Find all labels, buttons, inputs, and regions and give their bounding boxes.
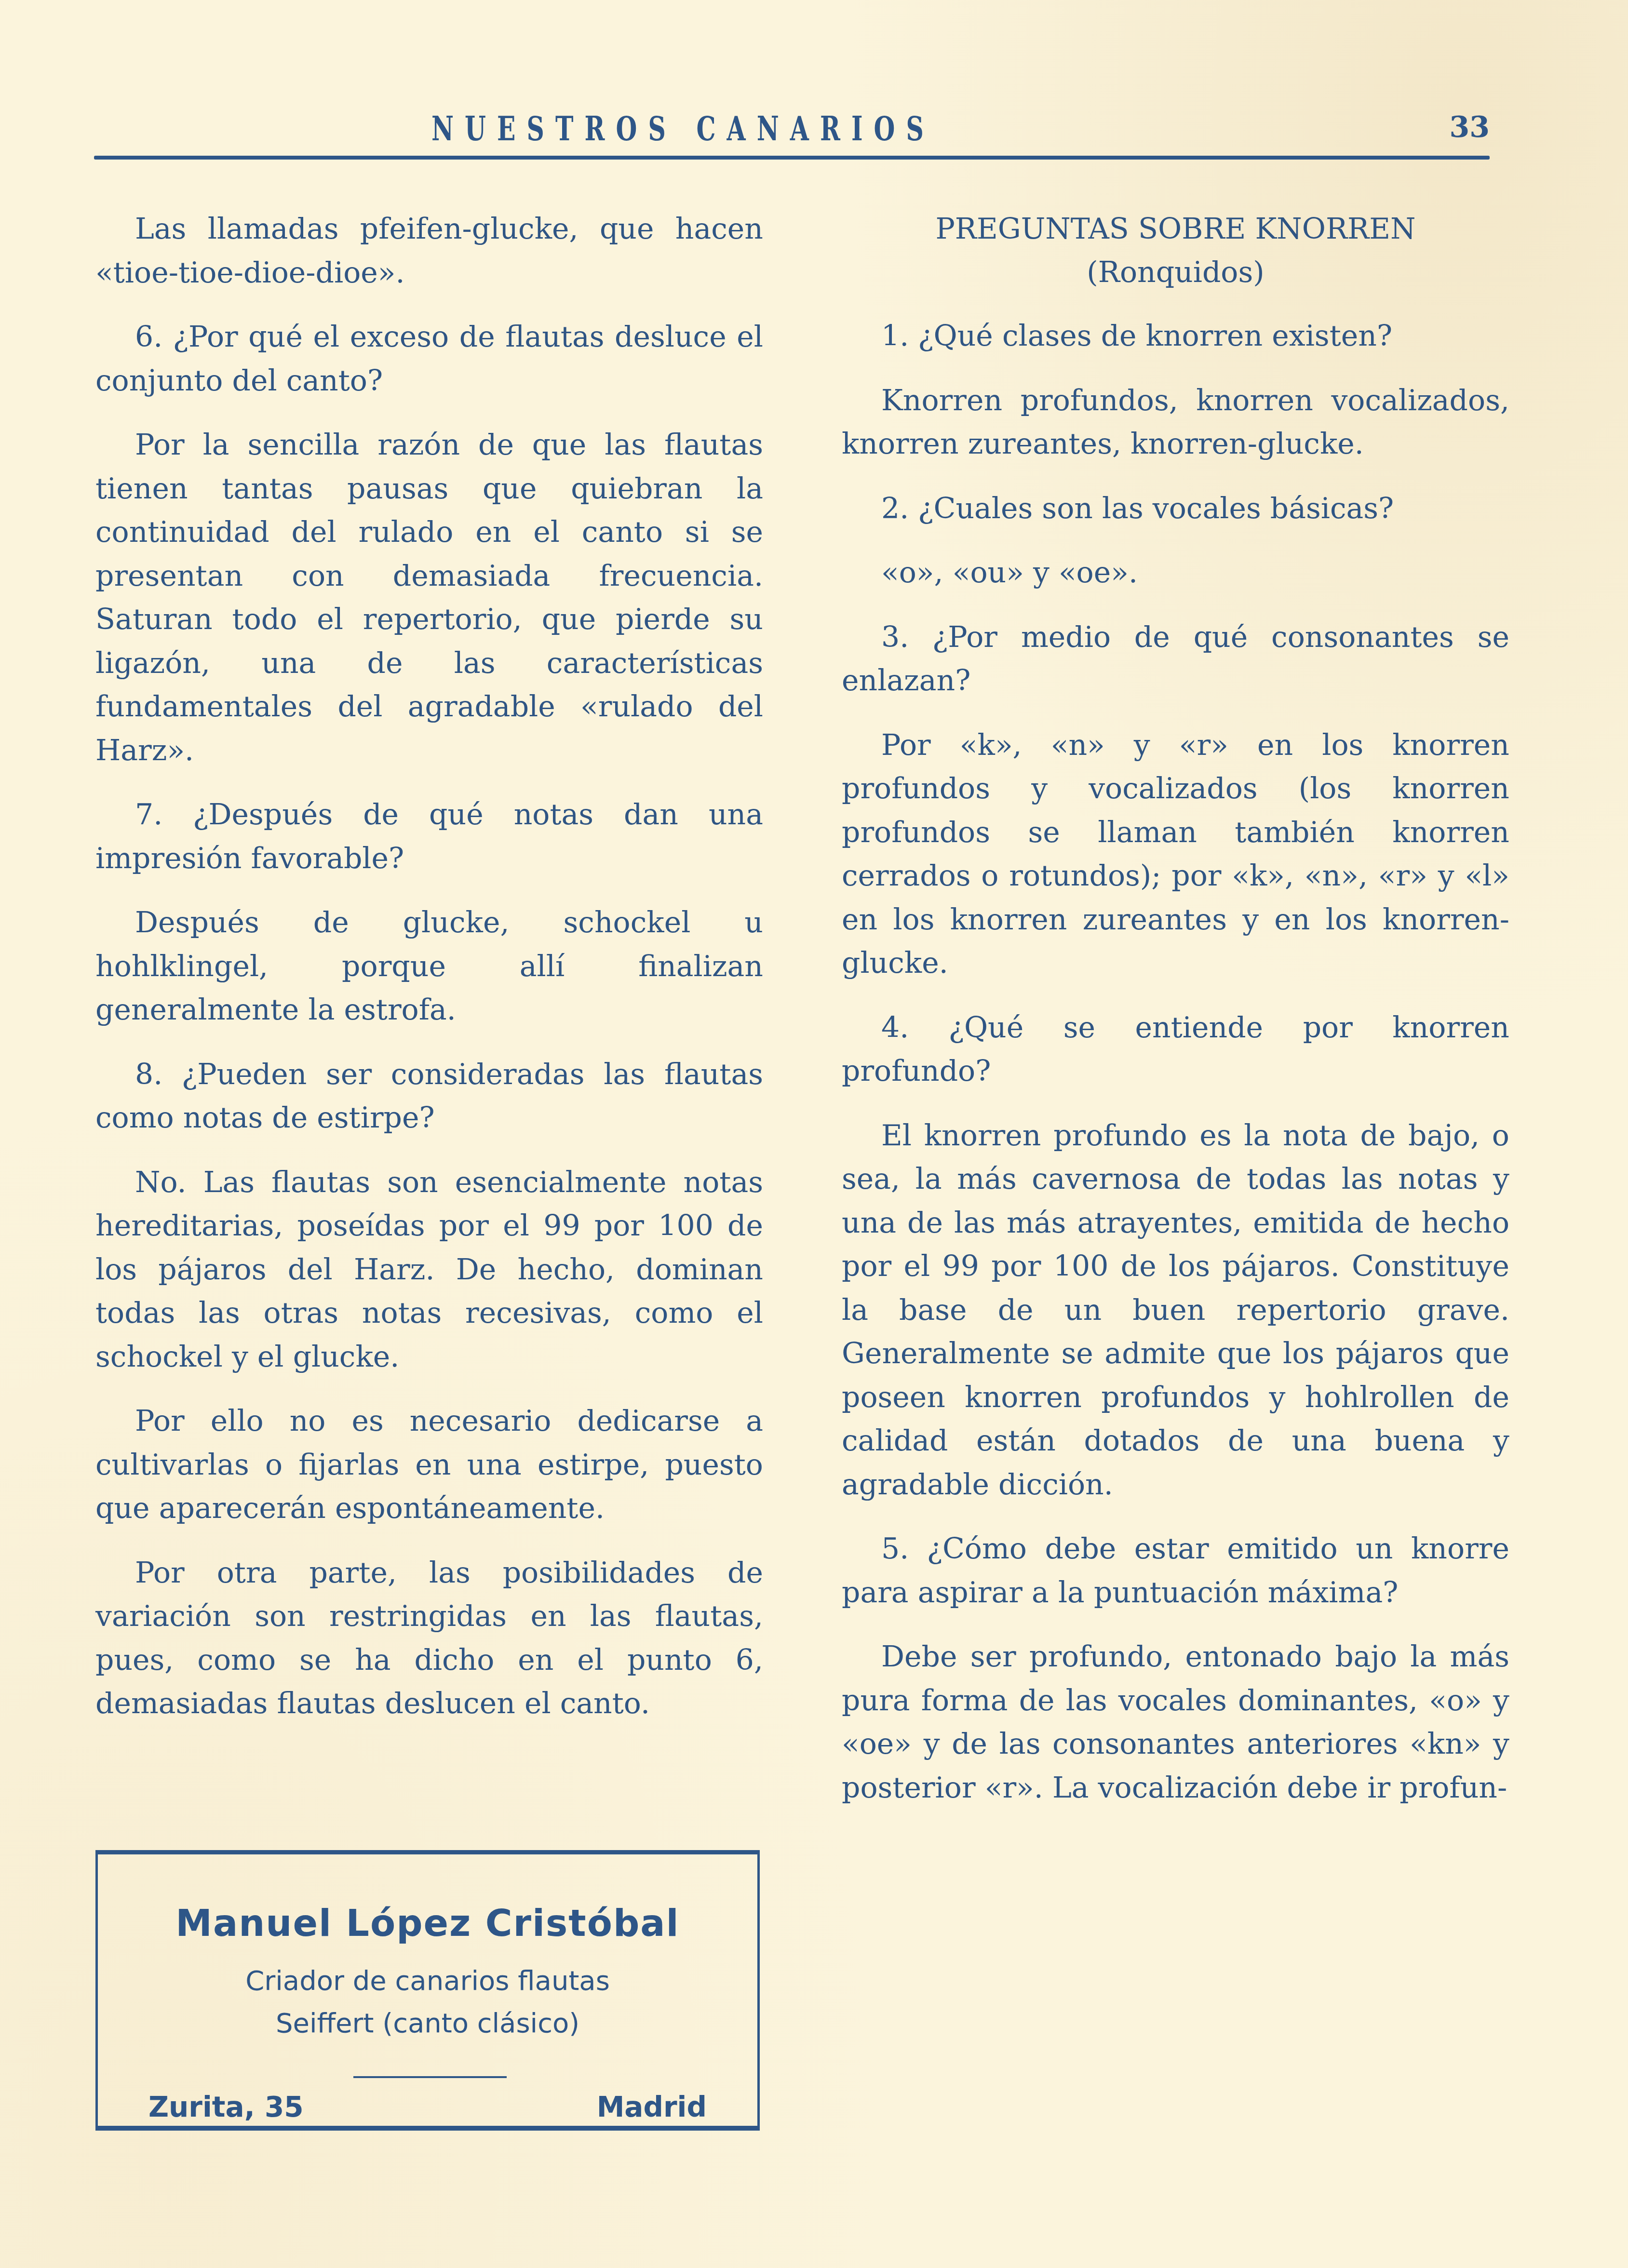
question-4: 4. ¿Qué se entiende por knorren profundo… [842, 1006, 1509, 1093]
running-header: NUESTROS CANARIOS 33 [94, 99, 1490, 152]
question-8: 8. ¿Pueden ser consideradas las flautas … [95, 1053, 763, 1140]
page-number: 33 [1450, 110, 1490, 144]
question-3: 3. ¿Por medio de qué consonantes se enla… [842, 616, 1509, 703]
question-2: 2. ¿Cuales son las vocales básicas? [842, 487, 1509, 531]
ad-subdescription: Seiffert (canto clásico) [98, 2008, 757, 2039]
question-1: 1. ¿Qué clases de knorren existen? [842, 314, 1509, 358]
answer-2: «o», «ou» y «oe». [842, 551, 1509, 595]
answer-6: Por la sencilla razón de que las flautas… [95, 423, 763, 772]
answer-8: No. Las flautas son esencialmente notas … [95, 1161, 763, 1379]
ad-description: Criador de canarios flautas [98, 1965, 757, 1997]
section-heading: PREGUNTAS SOBRE KNORREN [842, 207, 1509, 251]
answer-8-cont: Por ello no es necesario dedicarse a cul… [95, 1399, 763, 1530]
answer-3: Por «k», «n» y «r» en los knorren profun… [842, 724, 1509, 985]
answer-5: Debe ser profundo, entonado bajo la más … [842, 1635, 1509, 1810]
section-subheading: (Ronquidos) [842, 251, 1509, 294]
answer-4: El knorren profundo es la nota de bajo, … [842, 1114, 1509, 1507]
question-7: 7. ¿Después de qué notas dan una impresi… [95, 793, 763, 880]
question-5: 5. ¿Cómo debe estar emitido un knorre pa… [842, 1527, 1509, 1614]
answer-8-cont-2: Por otra parte, las posibilidades de var… [95, 1551, 763, 1726]
paragraph: Las llamadas pfeifen-glucke, que hacen «… [95, 207, 763, 295]
question-6: 6. ¿Por qué el exceso de flautas desluce… [95, 315, 763, 403]
advertiser-name: Manuel López Cristóbal [98, 1902, 757, 1945]
ad-address: Zurita, 35 [148, 2091, 304, 2123]
header-rule [94, 156, 1490, 160]
left-column: Las llamadas pfeifen-glucke, que hacen «… [95, 207, 763, 1746]
right-column: PREGUNTAS SOBRE KNORREN (Ronquidos) 1. ¿… [842, 207, 1509, 1830]
ad-city: Madrid [597, 2091, 707, 2123]
ad-divider [353, 2076, 507, 2078]
answer-7: Después de glucke, schockel u hohlklinge… [95, 901, 763, 1032]
answer-1: Knorren profundos, knorren vocalizados, … [842, 379, 1509, 466]
advertisement-box: Manuel López Cristóbal Criador de canari… [95, 1850, 760, 2131]
magazine-title: NUESTROS CANARIOS [431, 108, 935, 148]
